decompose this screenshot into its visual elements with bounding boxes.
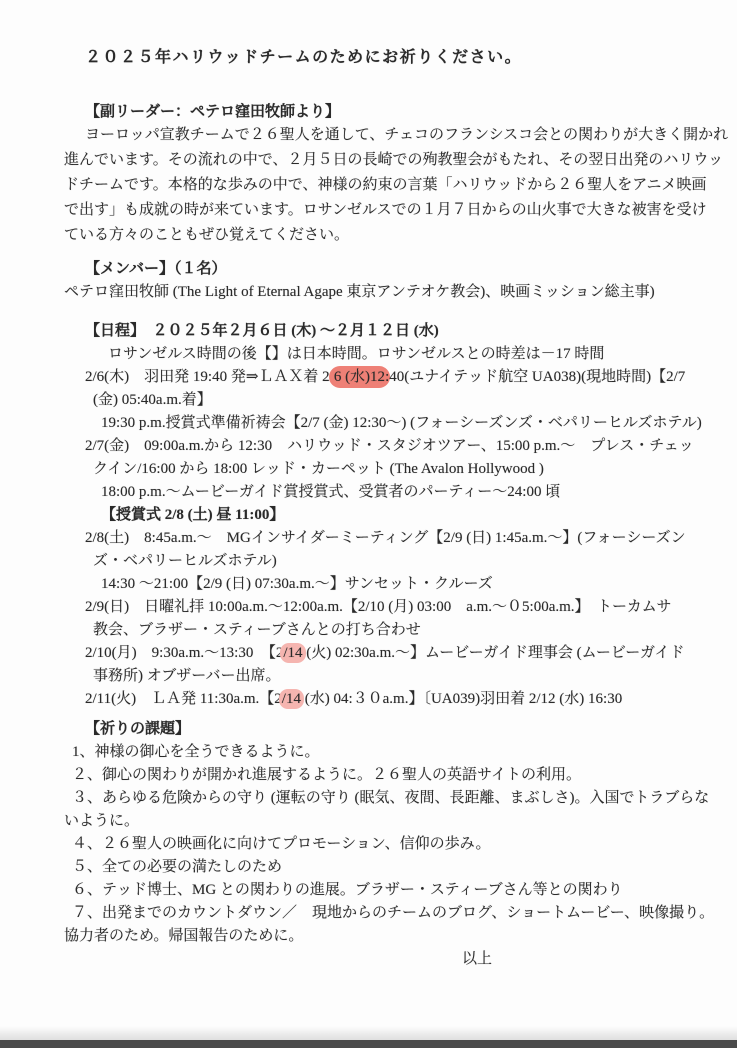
document-line: いように。 [64, 810, 717, 833]
document-line: 2/8(土) 8:45a.m.～ MGインサイダーミーティング【2/9 (日) … [85, 527, 717, 550]
document-line: 【日程】 ２０２５年２月６日 (木) ～２月１２日 (水) [85, 320, 717, 343]
text-run: 19:30 p.m.授賞式準備祈祷会【2/7 (金) 12:30～) (フォーシ… [101, 415, 702, 431]
text-run: 2/9(日) 日曜礼拝 10:00a.m.～12:00a.m.【2/10 (月)… [85, 599, 671, 615]
text-run: ４、２６聖人の映画化に向けてプロモーション、信仰の歩み。 [72, 836, 491, 852]
text-run: 2/11(火) ＬＡ発 11:30a.m.【2 [85, 691, 282, 707]
text-run: 14:30 ～21:00【2/9 (日) 07:30a.m.～】サンセット・クル… [101, 576, 493, 592]
text-run: 2/10(月) 9:30a.m.～13:30 【2 [85, 645, 283, 661]
text-run: 2/8(土) 8:45a.m.～ MGインサイダーミーティング【2/9 (日) … [85, 530, 686, 546]
text-run: 【日程】 ２０２５年２月６日 (木) ～２月１２日 (水) [85, 323, 439, 339]
text-run: 2/7(金) 09:00a.m.から 12:30 ハリウッド・スタジオツアー、1… [85, 438, 694, 454]
text-run: 事務所) オブザーバー出席。 [93, 668, 281, 684]
document-line: ヨーロッパ宣教チームで２６聖人を通して、チェコのフランシスコ会との関わりが大きく… [85, 124, 717, 147]
text-run: 18:00 p.m.～ムービーガイド賞授賞式、受賞者のパーティー～24:00 頃 [101, 484, 560, 500]
page-bottom-shadow [0, 1026, 737, 1040]
text-run: 協力者のため。帰国報告のために。 [64, 928, 303, 944]
closing-label: 以上 [462, 948, 717, 971]
text-run: :40(ユナイテッド航空 UA038)(現地時間)【2/7 [385, 369, 685, 385]
text-run: 教会、ブラザー・スティーブさんとの打ち合わせ [93, 622, 421, 638]
document-line: ロサンゼルス時間の後【】は日本時間。ロサンゼルスとの時差は－17 時間 [108, 343, 717, 366]
document-line: 【副リーダー：ペテロ窪田牧師より】 [85, 101, 717, 124]
document-line: 1、神様の御心を全うできるように。 [72, 741, 717, 764]
text-run: 【祈りの課題】 [85, 721, 190, 737]
text-run: ている方々のこともぜひ覚えてください。 [64, 227, 349, 243]
text-run: ７、出発までのカウントダウン／ 現地からのチームのブログ、ショートムービー、映像… [72, 905, 714, 921]
document-line: ドチームです。本格的な歩みの中で、神様の約束の言葉「ハリウッドから２６聖人をアニ… [64, 174, 717, 197]
document-line: 進んでいます。その流れの中で、２月５日の長崎での殉教聖会がもたれ、その翌日出発の… [64, 149, 717, 172]
document-line: ６、テッド博士、MG との関わりの進展。ブラザー・スティーブさん等との関わり [72, 879, 717, 902]
document-lines: 【副リーダー：ペテロ窪田牧師より】ヨーロッパ宣教チームで２６聖人を通して、チェコ… [64, 101, 717, 948]
text-run: いように。 [64, 813, 139, 829]
document-line: 19:30 p.m.授賞式準備祈祷会【2/7 (金) 12:30～) (フォーシ… [101, 412, 717, 435]
document-line: 2/9(日) 日曜礼拝 10:00a.m.～12:00a.m.【2/10 (月)… [85, 596, 717, 619]
document-line: 教会、ブラザー・スティーブさんとの打ち合わせ [93, 619, 717, 642]
text-run: ペテロ窪田牧師 (The Light of Eternal Agape 東京アン… [64, 284, 655, 300]
table-edge-bar [0, 1040, 737, 1048]
document-line: 【メンバー】（１名） [85, 258, 717, 281]
document-line: ５、全ての必要の満たしのため [72, 856, 717, 879]
text-run: ヨーロッパ宣教チームで２６聖人を通して、チェコのフランシスコ会との関わりが大きく… [85, 127, 728, 143]
document-line: (金) 05:40a.m.着】 [93, 389, 717, 412]
document-line: ４、２６聖人の映画化に向けてプロモーション、信仰の歩み。 [72, 833, 717, 856]
document-line: 2/11(火) ＬＡ発 11:30a.m.【2/14 (水) 04:３０a.m.… [85, 688, 717, 711]
text-run: クイン/16:00 から 18:00 レッド・カーペット (The Avalon… [93, 461, 544, 477]
text-run: (火) 02:30a.m.～】ムービーガイド理事会 (ムービーガイド [303, 645, 685, 661]
text-run: ３、あらゆる危険からの守り (運転の守り (眠気、夜間、長距離、まぶしさ)。入国… [72, 790, 709, 806]
document-line: 2/7(金) 09:00a.m.から 12:30 ハリウッド・スタジオツアー、1… [85, 435, 717, 458]
document-line: ペテロ窪田牧師 (The Light of Eternal Agape 東京アン… [64, 281, 717, 304]
text-run: 2/6(木) 羽田発 19:40 発⇒ＬＡＸ着 2/ [85, 369, 334, 385]
document-line: ２、御心の関わりが開かれ進展するように。２６聖人の英語サイトの利用。 [72, 764, 717, 787]
text-run: (水) 04:３０a.m.】〔UA039)羽田着 2/12 (水) 16:30 [301, 691, 622, 707]
text-run: 進んでいます。その流れの中で、２月５日の長崎での殉教聖会がもたれ、その翌日出発の… [64, 152, 723, 168]
document-line: ７、出発までのカウントダウン／ 現地からのチームのブログ、ショートムービー、映像… [72, 902, 717, 925]
document-title: ２０２５年ハリウッドチームのためにお祈りください。 [85, 46, 717, 69]
document-line: 2/10(月) 9:30a.m.～13:30 【2/14 (火) 02:30a.… [85, 642, 717, 665]
text-run: ６、テッド博士、MG との関わりの進展。ブラザー・スティーブさん等との関わり [72, 882, 623, 898]
document-line: 協力者のため。帰国報告のために。 [64, 925, 717, 948]
document-line: 事務所) オブザーバー出席。 [93, 665, 717, 688]
text-run: ５、全ての必要の満たしのため [72, 859, 282, 875]
document-line: 2/6(木) 羽田発 19:40 発⇒ＬＡＸ着 2/6 (水)12:40(ユナイ… [85, 366, 717, 389]
text-run: ドチームです。本格的な歩みの中で、神様の約束の言葉「ハリウッドから２６聖人をアニ… [64, 177, 706, 193]
text-run: (金) 05:40a.m.着】 [93, 392, 212, 408]
text-run: で出す」も成就の時が来ています。ロサンゼルスでの１月７日からの山火事で大きな被害… [64, 202, 707, 218]
text-run: 【授賞式 2/8 (土) 昼 11:00】 [101, 507, 284, 523]
text-run: ２、御心の関わりが開かれ進展するように。２６聖人の英語サイトの利用。 [72, 767, 581, 783]
document-line: ズ・ベパリーヒルズホテル) [93, 550, 717, 573]
document-line: ３、あらゆる危険からの守り (運転の守り (眠気、夜間、長距離、まぶしさ)。入国… [72, 787, 717, 810]
document-line: で出す」も成就の時が来ています。ロサンゼルスでの１月７日からの山火事で大きな被害… [64, 199, 717, 222]
marker-highlight: 6 (水)12 [329, 366, 390, 388]
document-page-content: ２０２５年ハリウッドチームのためにお祈りください。 【副リーダー：ペテロ窪田牧師… [64, 46, 717, 971]
document-line: クイン/16:00 から 18:00 レッド・カーペット (The Avalon… [93, 458, 717, 481]
text-run: 1、神様の御心を全うできるように。 [72, 744, 320, 760]
document-line: ている方々のこともぜひ覚えてください。 [64, 224, 717, 247]
text-run: ロサンゼルス時間の後【】は日本時間。ロサンゼルスとの時差は－17 時間 [108, 346, 604, 362]
text-run: 【メンバー】（１名） [85, 261, 226, 277]
text-run: 【副リーダー：ペテロ窪田牧師より】 [85, 104, 340, 120]
document-line: 18:00 p.m.～ムービーガイド賞授賞式、受賞者のパーティー～24:00 頃 [101, 481, 717, 504]
document-photo: ２０２５年ハリウッドチームのためにお祈りください。 【副リーダー：ペテロ窪田牧師… [0, 0, 737, 1048]
document-line: 14:30 ～21:00【2/9 (日) 07:30a.m.～】サンセット・クル… [101, 573, 717, 596]
document-line: 【祈りの課題】 [85, 718, 717, 741]
document-line: 【授賞式 2/8 (土) 昼 11:00】 [101, 504, 717, 527]
text-run: ズ・ベパリーヒルズホテル) [93, 553, 277, 569]
